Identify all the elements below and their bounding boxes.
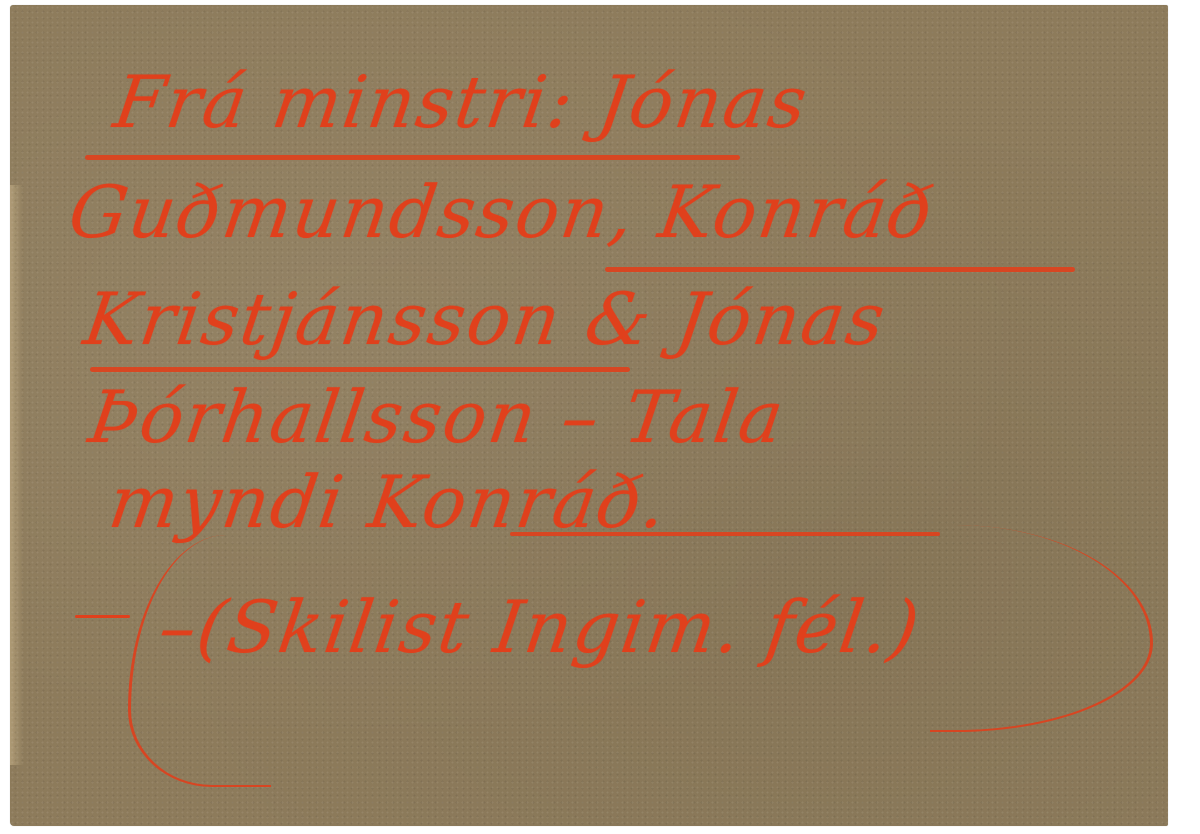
line-2: Guðmundsson, Konráð xyxy=(64,170,940,254)
dash-mark xyxy=(75,615,130,618)
underline-kristjansson xyxy=(90,367,630,372)
line-3: Kristjánsson & Jónas xyxy=(79,277,891,361)
line-1: Frá minstri: Jónas xyxy=(109,60,814,144)
underline-line-2-right xyxy=(605,267,1075,272)
underline-line-1 xyxy=(85,155,740,160)
line-6: –(Skilist Ingim. fél.) xyxy=(154,585,926,669)
handwritten-card: Frá minstri: Jónas Guðmundsson, Konráð K… xyxy=(10,5,1168,826)
underline-konrad xyxy=(510,532,940,536)
line-4: Þórhallsson – Tala xyxy=(84,375,790,459)
